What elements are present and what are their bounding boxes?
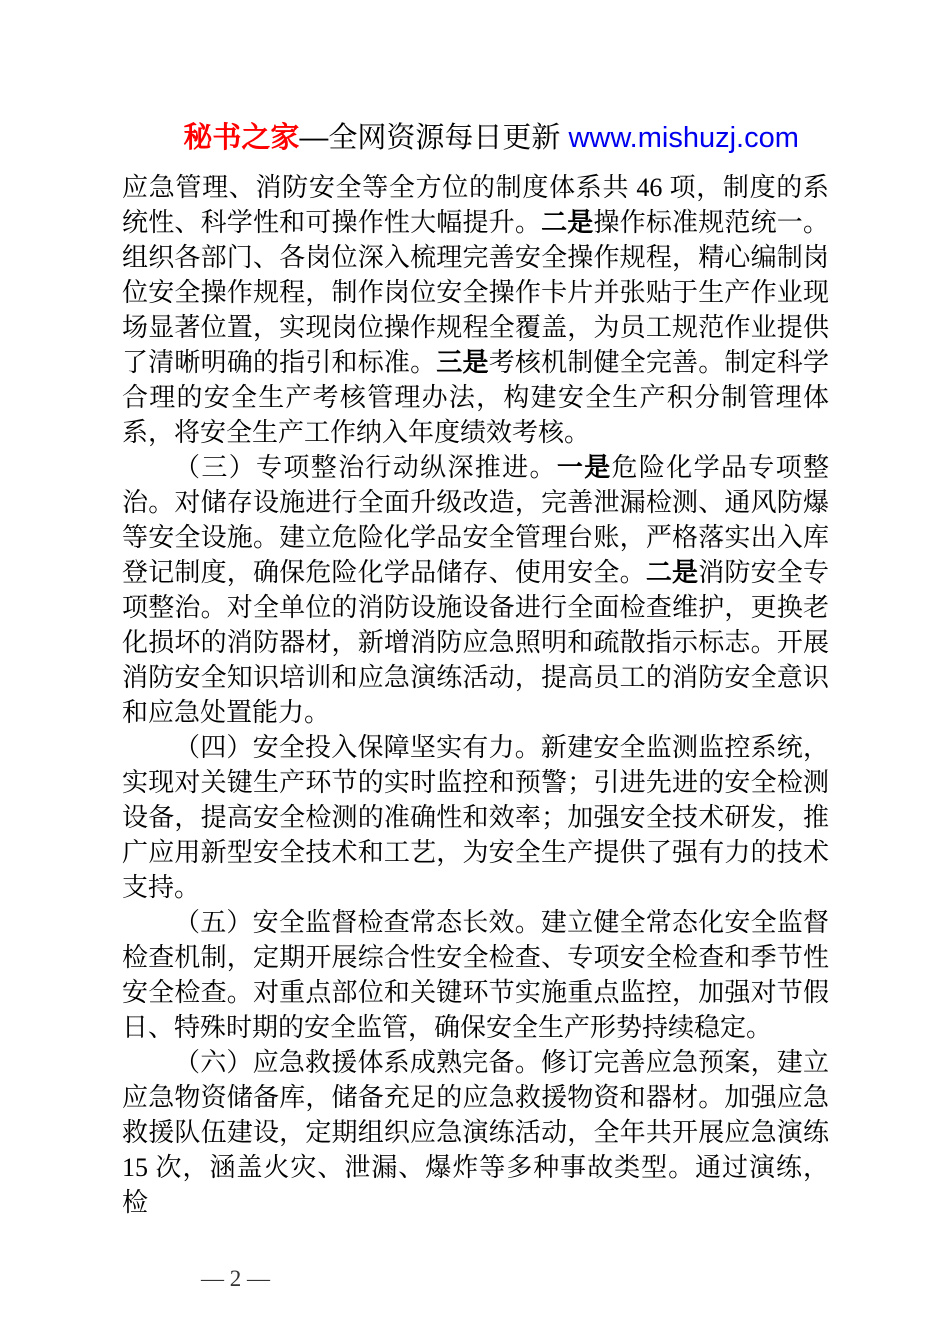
- document-page: 秘书之家—全网资源每日更新 www.mishuzj.com 应急管理、消防安全等…: [0, 0, 950, 1344]
- header-tagline: —全网资源每日更新: [299, 122, 568, 154]
- site-url-link[interactable]: www.mishuzj.com: [568, 122, 798, 154]
- emphasis-segment: 二是: [646, 558, 698, 587]
- page-footer: — 2 —: [178, 1237, 270, 1321]
- emphasis-segment: 三是: [436, 348, 488, 377]
- text-segment: （六）应急救援体系成熟完备。修订完善应急预案，建立应急物资储备库，储备充足的应急…: [122, 1048, 829, 1217]
- paragraph: 应急管理、消防安全等全方位的制度体系共 46 项，制度的系统性、科学性和可操作性…: [122, 170, 829, 450]
- text-segment: （三）专项整治行动纵深推进。: [174, 453, 557, 482]
- paragraph: （三）专项整治行动纵深推进。一是危险化学品专项整治。对储存设施进行全面升级改造，…: [122, 450, 829, 730]
- emphasis-segment: 二是: [541, 208, 593, 237]
- site-name: 秘书之家: [183, 122, 299, 154]
- emphasis-segment: 一是: [557, 453, 612, 482]
- paragraph: （五）安全监督检查常态长效。建立健全常态化安全监督检查机制，定期开展综合性安全检…: [122, 905, 829, 1045]
- page-number: — 2 —: [201, 1266, 270, 1291]
- text-segment: （四）安全投入保障坚实有力。新建安全监测监控系统，实现对关键生产环节的实时监控和…: [122, 733, 829, 902]
- text-segment: （五）安全监督检查常态长效。建立健全常态化安全监督检查机制，定期开展综合性安全检…: [122, 908, 829, 1042]
- paragraph: （六）应急救援体系成熟完备。修订完善应急预案，建立应急物资储备库，储备充足的应急…: [122, 1045, 829, 1220]
- document-body: 应急管理、消防安全等全方位的制度体系共 46 项，制度的系统性、科学性和可操作性…: [122, 170, 829, 1220]
- paragraph: （四）安全投入保障坚实有力。新建安全监测监控系统，实现对关键生产环节的实时监控和…: [122, 730, 829, 905]
